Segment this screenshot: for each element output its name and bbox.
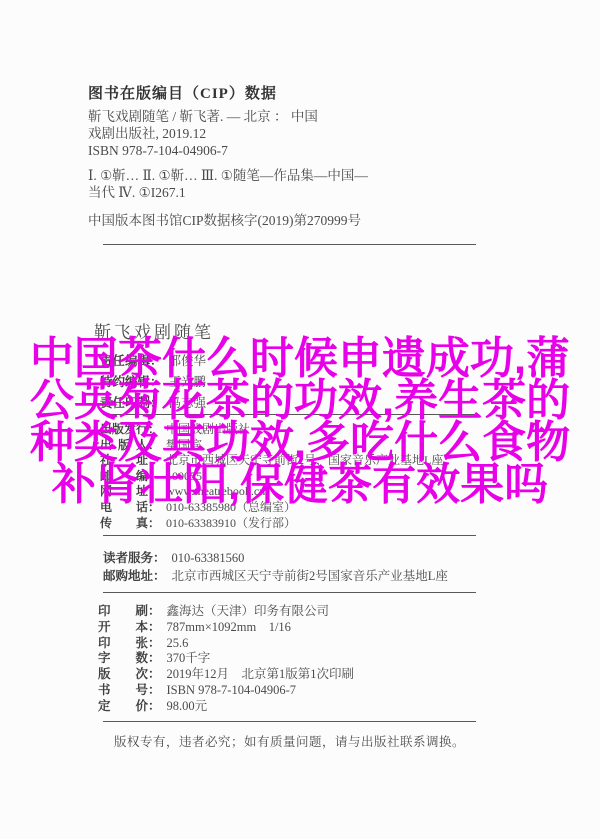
scanned-copyright-page: 图书在版编目（CIP）数据 靳飞戏剧随笔 / 靳飞著. — 北京 ： 中国 戏剧… — [0, 0, 600, 839]
row-label: 印刷 — [98, 604, 148, 620]
printing-block: 印刷：鑫海达（天津）印务有限公司 开本：787mm×1092mm 1/16 印张… — [98, 604, 354, 715]
row-label: 版次 — [98, 667, 148, 683]
row-value: 010-63383910（发行部） — [166, 516, 296, 530]
overlay-text-line: 公英菊花茶的功效,养生茶的 — [0, 380, 600, 422]
magenta-overlay-text: 中国茶什么时候申遗成功,蒲 公英菊花茶的功效,养生茶的 种类及其功效,多吃什么食… — [0, 338, 600, 506]
row-value: 鑫海达（天津）印务有限公司 — [167, 604, 330, 618]
cip-isbn-line: ISBN 978-7-104-04906-7 — [88, 142, 528, 159]
row-label: 印张 — [98, 636, 148, 652]
cip-title-line: 靳飞戏剧随笔 / 靳飞著. — 北京 ： 中国 — [88, 108, 528, 125]
row-colon: ： — [148, 699, 161, 713]
overlay-text-line: 补肾壮阳,保健茶有效果吗 — [0, 464, 600, 506]
row-label: 邮购地址 — [103, 568, 153, 586]
row-value: ISBN 978-7-104-04906-7 — [167, 683, 297, 697]
row-label: 字数 — [98, 651, 148, 667]
divider-line — [103, 592, 476, 593]
row-colon: ： — [148, 683, 161, 697]
overlay-text-line: 中国茶什么时候申遗成功,蒲 — [0, 338, 600, 380]
printing-row-format: 开本：787mm×1092mm 1/16 — [98, 620, 354, 636]
row-value: 98.00元 — [167, 699, 208, 713]
cip-registry-number: 中国版本图书馆CIP数据核字(2019)第270999号 — [88, 209, 528, 229]
cip-classification-line: 当代 Ⅳ. ①I267.1 — [88, 184, 528, 201]
row-value: 787mm×1092mm 1/16 — [167, 620, 291, 634]
row-value: 北京市西城区天宁寺前街2号国家音乐产业基地L座 — [172, 569, 448, 583]
row-colon: ： — [148, 667, 161, 681]
row-label: 传真 — [100, 516, 148, 532]
divider-line — [103, 244, 476, 245]
divider-line — [103, 535, 476, 536]
publisher-row-fax: 传真：010-63383910（发行部） — [100, 516, 443, 532]
cip-heading: 图书在版编目（CIP）数据 — [88, 84, 528, 104]
divider-line — [103, 721, 476, 722]
row-value: 2019年12月 北京第1版第1次印刷 — [167, 667, 355, 681]
row-colon: ： — [148, 636, 161, 650]
printing-row-wordcount: 字数：370千字 — [98, 651, 354, 667]
printing-row-sheets: 印张：25.6 — [98, 636, 354, 652]
printing-row-isbn: 书号：ISBN 978-7-104-04906-7 — [98, 683, 354, 699]
cip-classification-line: Ⅰ. ①靳… Ⅱ. ①靳… Ⅲ. ①随笔—作品集—中国— — [88, 167, 528, 184]
copyright-notice: 版权专有，违者必究；如有质量问题，请与出版社联系调换。 — [103, 732, 476, 750]
overlay-text-line: 种类及其功效,多吃什么食物 — [0, 422, 600, 464]
row-label: 开本 — [98, 620, 148, 636]
row-label: 书号 — [98, 683, 148, 699]
row-colon: ： — [148, 604, 161, 618]
row-colon: ： — [153, 569, 166, 583]
row-colon: ： — [148, 516, 160, 530]
row-label: 读者服务 — [103, 550, 153, 568]
service-row-mail-address: 邮购地址：北京市西城区天宁寺前街2号国家音乐产业基地L座 — [103, 568, 448, 586]
reader-service-block: 读者服务：010-63381560 邮购地址：北京市西城区天宁寺前街2号国家音乐… — [103, 550, 448, 585]
service-row-phone: 读者服务：010-63381560 — [103, 550, 448, 568]
row-value: 370千字 — [167, 651, 211, 665]
printing-row-printer: 印刷：鑫海达（天津）印务有限公司 — [98, 604, 354, 620]
row-value: 25.6 — [167, 636, 189, 650]
row-colon: ： — [148, 620, 161, 634]
row-colon: ： — [153, 551, 166, 565]
cip-block: 图书在版编目（CIP）数据 靳飞戏剧随笔 / 靳飞著. — 北京 ： 中国 戏剧… — [88, 84, 528, 229]
cip-publisher-line: 戏剧出版社, 2019.12 — [88, 125, 528, 142]
row-label: 定价 — [98, 699, 148, 715]
row-value: 010-63381560 — [172, 551, 245, 565]
printing-row-edition: 版次：2019年12月 北京第1版第1次印刷 — [98, 667, 354, 683]
row-colon: ： — [148, 651, 161, 665]
printing-row-price: 定价：98.00元 — [98, 699, 354, 715]
